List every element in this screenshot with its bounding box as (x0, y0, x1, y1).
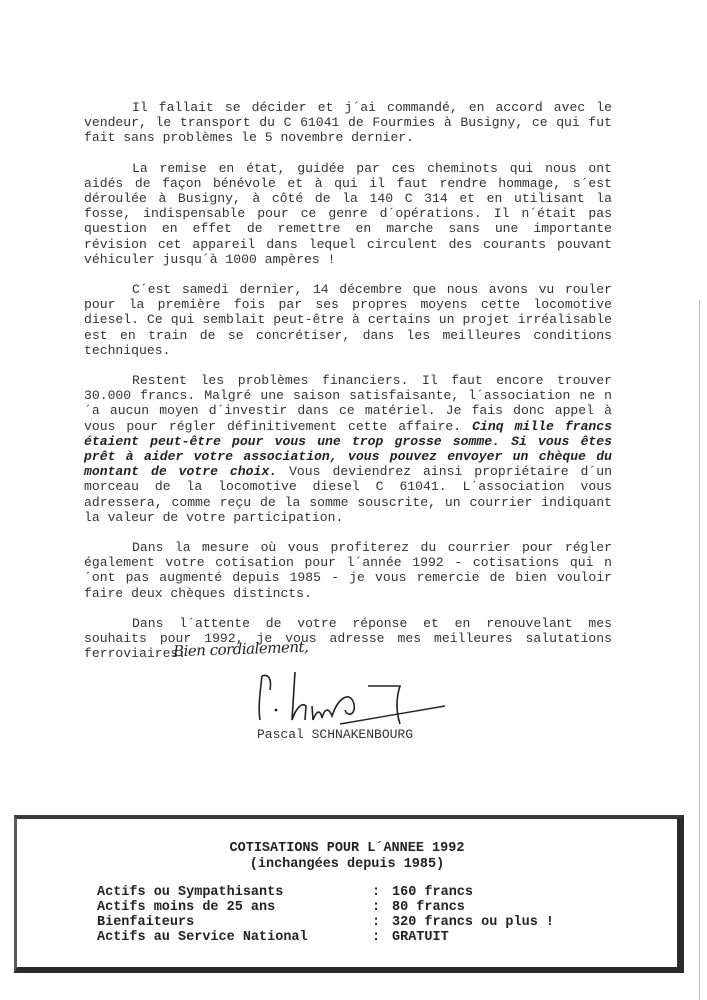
fee-label: Bienfaiteurs (97, 915, 372, 930)
paragraph-membership: Dans la mesure où vous profiterez du cou… (84, 540, 612, 601)
fees-title: COTISATIONS POUR L´ANNEE 1992 (17, 841, 677, 857)
fee-row: Actifs ou Sympathisants:160 francs (97, 885, 554, 900)
fee-row: Actifs moins de 25 ans:80 francs (97, 900, 554, 915)
fee-separator: : (372, 885, 392, 900)
fee-row: Bienfaiteurs:320 francs ou plus ! (97, 915, 554, 930)
paragraph-first-run: C´est samedi dernier, 14 décembre que no… (84, 282, 612, 358)
fees-box-heading: COTISATIONS POUR L´ANNEE 1992 (inchangée… (17, 841, 677, 873)
membership-fees-box: COTISATIONS POUR L´ANNEE 1992 (inchangée… (14, 815, 684, 973)
signature-icon (250, 668, 450, 728)
fee-separator: : (372, 900, 392, 915)
fee-label: Actifs au Service National (97, 930, 372, 945)
fee-value: 80 francs (392, 900, 465, 915)
fee-label: Actifs moins de 25 ans (97, 900, 372, 915)
letter-body: Il fallait se décider et j´ai commandé, … (84, 100, 612, 677)
fees-table: Actifs ou Sympathisants:160 francs Actif… (97, 885, 554, 945)
fees-subtitle: (inchangées depuis 1985) (17, 857, 677, 873)
paragraph-transport: Il fallait se décider et j´ai commandé, … (84, 100, 612, 146)
paragraph-financing: Restent les problèmes financiers. Il fau… (84, 373, 612, 525)
fee-value: GRATUIT (392, 930, 449, 945)
fee-value: 160 francs (392, 885, 473, 900)
paragraph-restoration: La remise en état, guidée par ces chemin… (84, 161, 612, 267)
fee-value: 320 francs ou plus ! (392, 915, 554, 930)
fee-separator: : (372, 930, 392, 945)
fee-separator: : (372, 915, 392, 930)
paragraph-closing: Dans l´attente de votre réponse et en re… (84, 616, 612, 662)
fee-row: Actifs au Service National:GRATUIT (97, 930, 554, 945)
signer-name: Pascal SCHNAKENBOURG (257, 727, 413, 742)
fee-label: Actifs ou Sympathisants (97, 885, 372, 900)
page-edge-line (699, 300, 700, 1000)
